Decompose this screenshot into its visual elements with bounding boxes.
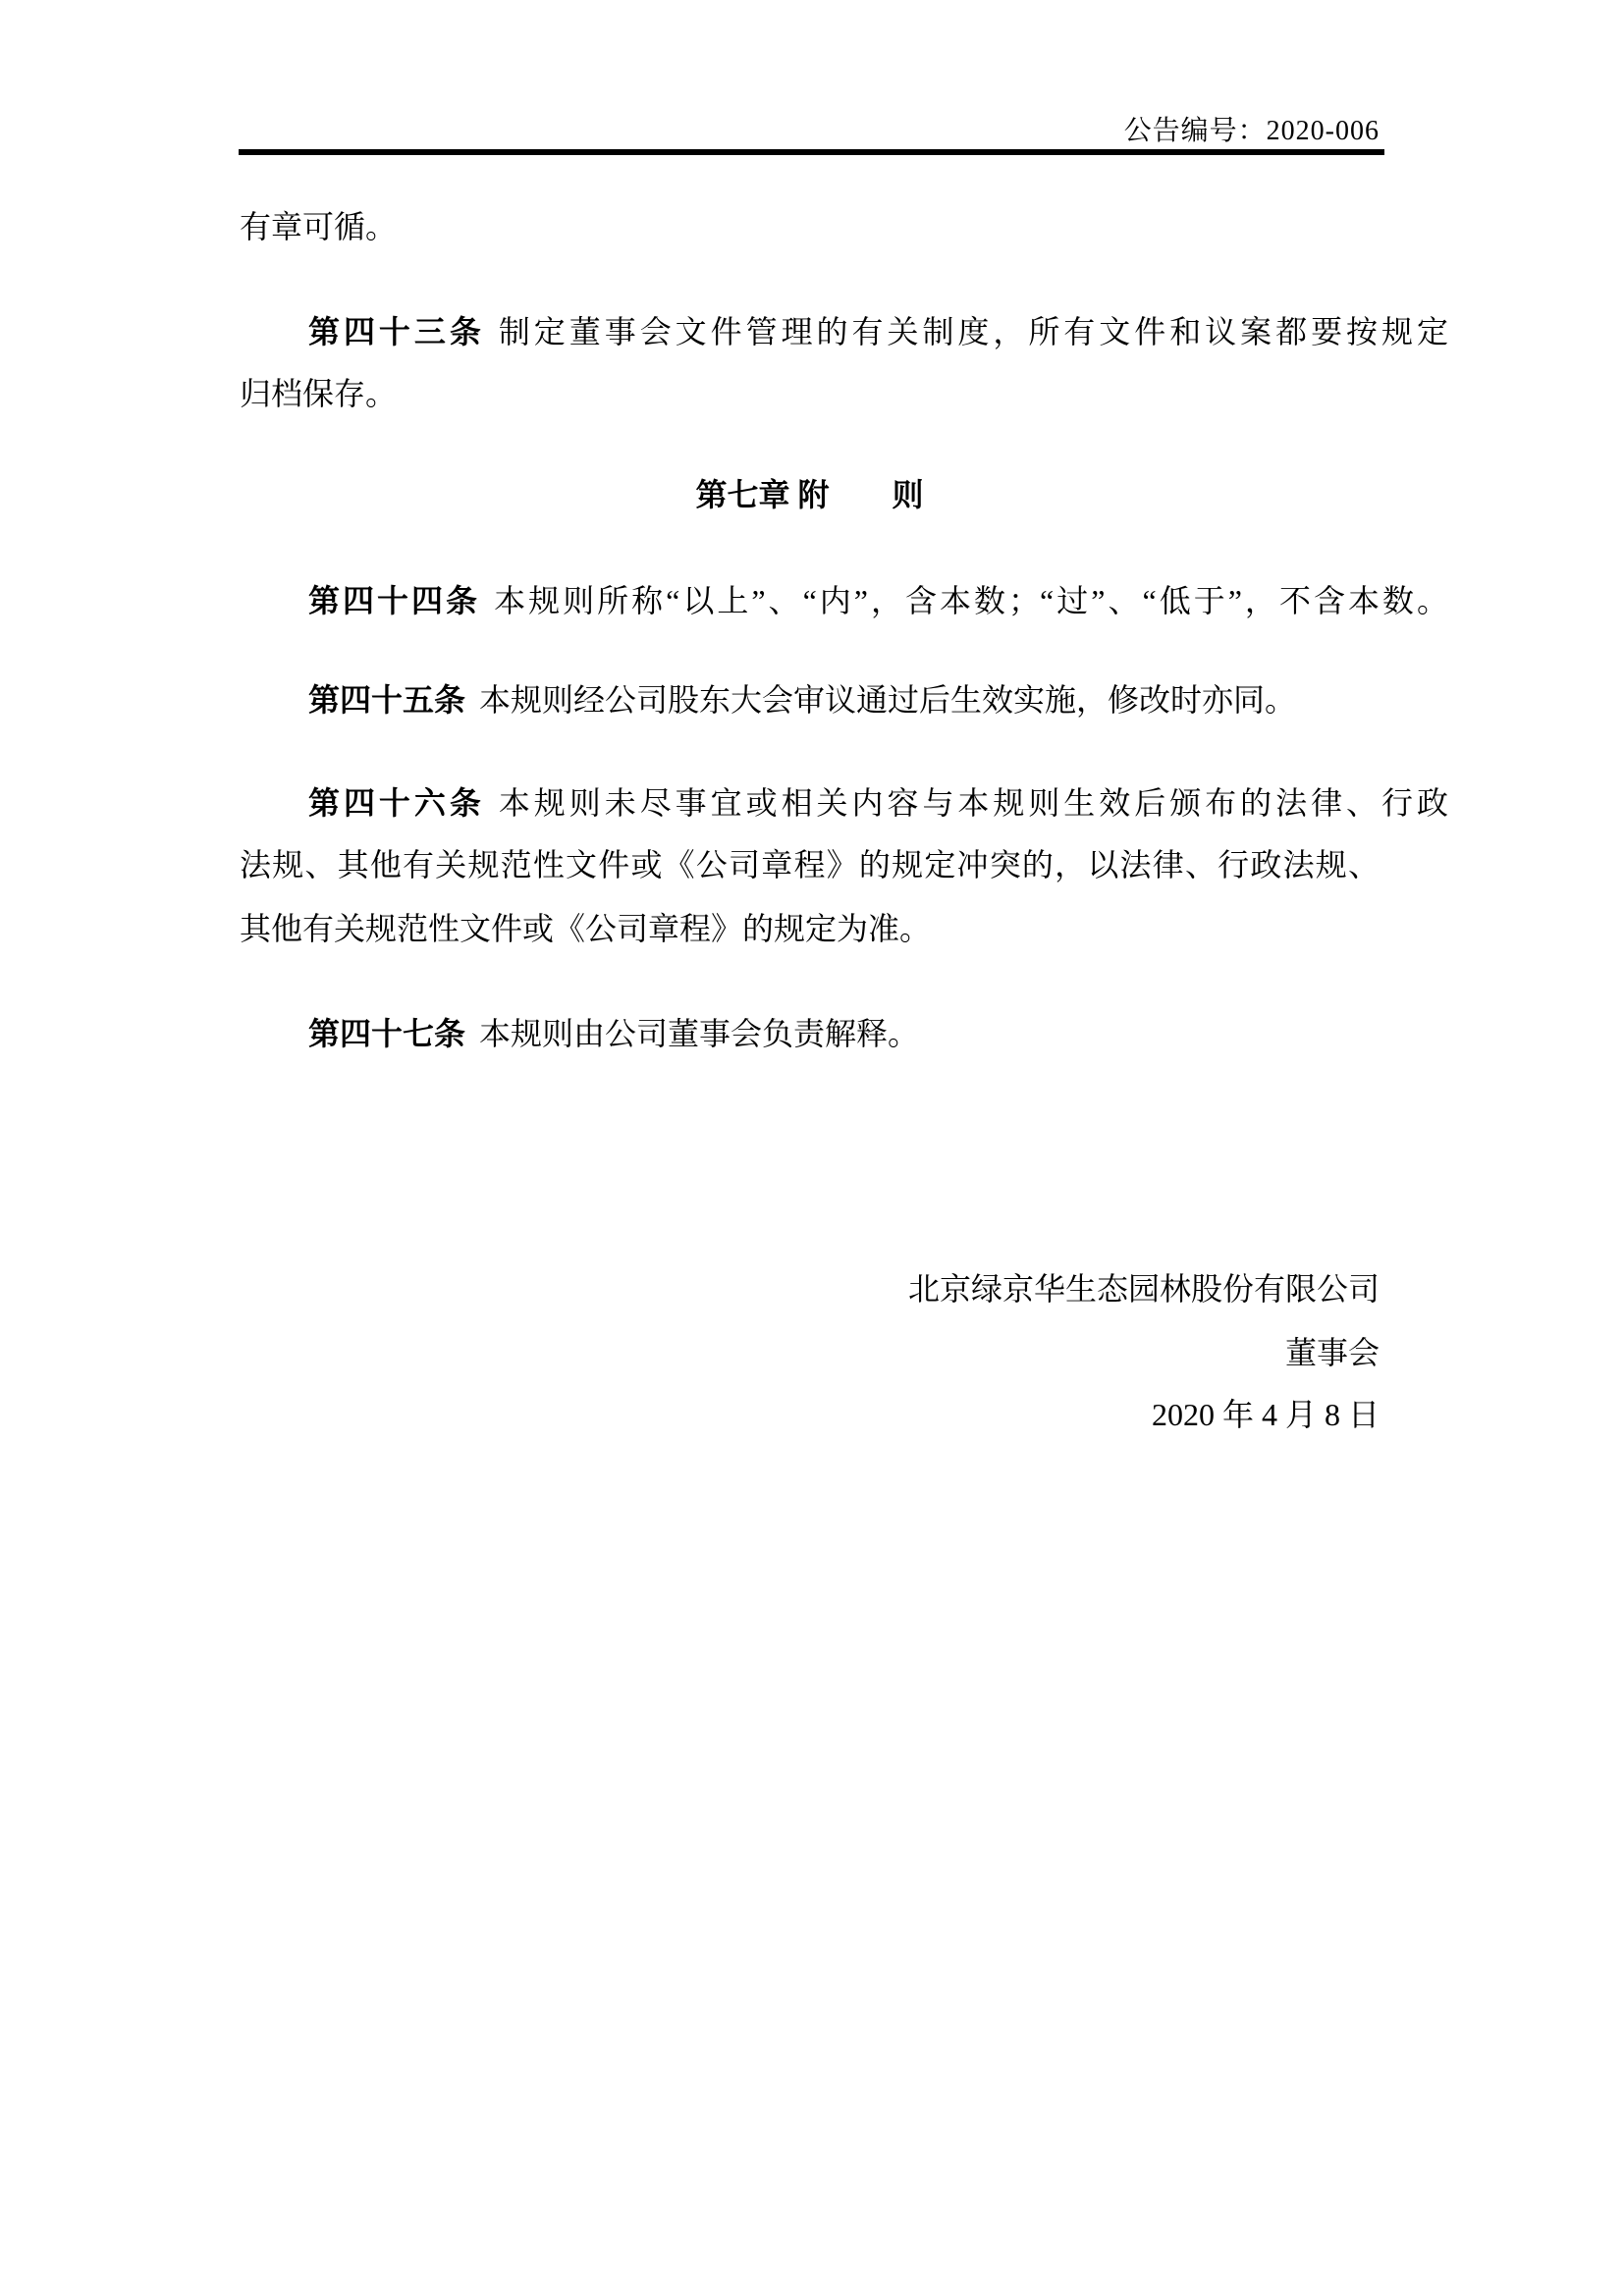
signature-date: 2020 年 4 月 8 日 [240,1395,1390,1434]
article-45-line: 第四十五条本规则经公司股东大会审议通过后生效实施，修改时亦同。 [240,680,1448,720]
article-43-text-part-1: 制定董事会文件管理的有关制度，所有文件和议案都要按规定 [499,314,1448,349]
article-46-label: 第四十六条 [308,785,485,821]
article-43-line-1: 第四十三条制定董事会文件管理的有关制度，所有文件和议案都要按规定 [240,312,1448,351]
article-44-text: 本规则所称“以上”、“内”，含本数；“过”、“低于”，不含本数。 [494,583,1448,618]
article-47-text: 本规则由公司董事会负责解释。 [479,1016,919,1051]
article-47-label: 第四十七条 [308,1016,465,1051]
article-44-label: 第四十四条 [308,583,480,618]
article-45-text: 本规则经公司股东大会审议通过后生效实施，修改时亦同。 [479,682,1296,718]
article-46-line-1: 第四十六条本规则未尽事宜或相关内容与本规则生效后颁布的法律、行政 [240,783,1448,823]
article-46-line-2: 法规、其他有关规范性文件或《公司章程》的规定冲突的，以法律、行政法规、 [240,845,1380,884]
article-47-line: 第四十七条本规则由公司董事会负责解释。 [240,1014,1448,1053]
header-divider-rule [239,149,1384,155]
article-45-label: 第四十五条 [308,682,465,718]
article-46-line-3: 其他有关规范性文件或《公司章程》的规定为准。 [240,909,1380,948]
signature-issuer: 董事会 [240,1333,1390,1372]
article-44-line: 第四十四条本规则所称“以上”、“内”，含本数；“过”、“低于”，不含本数。 [240,581,1448,620]
signature-company-name: 北京绿京华生态园林股份有限公司 [240,1269,1390,1308]
paragraph-carryover-line: 有章可循。 [240,207,1380,246]
article-46-text-part-1: 本规则未尽事宜或相关内容与本规则生效后颁布的法律、行政 [499,785,1448,821]
chapter-7-heading: 第七章 附 则 [240,475,1380,514]
announcement-number: 公告编号：2020-006 [240,115,1380,148]
document-page: 公告编号：2020-006 有章可循。 第四十三条制定董事会文件管理的有关制度，… [0,0,1624,2296]
article-43-line-2: 归档保存。 [240,374,1380,413]
article-43-label: 第四十三条 [308,314,485,349]
